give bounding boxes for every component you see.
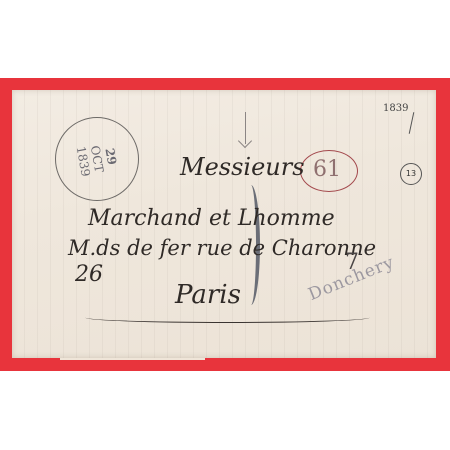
postmark-text: 29 OCT 1839 <box>50 112 145 207</box>
address-underline <box>85 312 370 323</box>
salutation: Messieurs <box>180 153 305 181</box>
circled-number-note: 13 <box>400 163 422 185</box>
address-line-1: Marchand et Lhomme <box>88 206 335 231</box>
red-oval-text: 61 <box>313 157 341 182</box>
address-line-3: 26 <box>75 262 103 287</box>
pencil-year-note: 1839 <box>383 103 408 114</box>
address-city: Paris <box>175 280 241 310</box>
red-oval-handstamp: 61 <box>300 150 358 192</box>
address-line-2: M.ds de fer rue de Charonne <box>68 236 376 260</box>
date-postmark: 29 OCT 1839 <box>55 117 139 201</box>
